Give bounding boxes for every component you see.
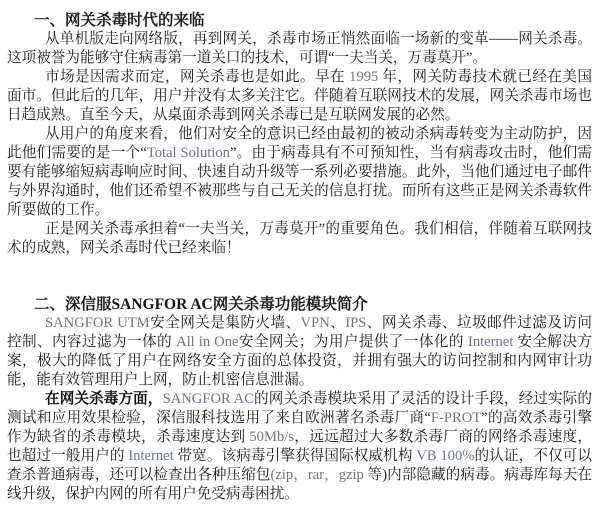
section-gateway-antivirus-era: 一、网关杀毒时代的来临 从单机版走向网络版，再到网关，杀毒市场正悄然面临一场新的…: [7, 11, 592, 258]
text-run: VB 100%: [416, 448, 474, 464]
text-run: SANGFOR UTM: [45, 315, 150, 331]
section-1-heading: 一、网关杀毒时代的来临: [34, 11, 592, 30]
paragraph: 在网关杀毒方面，SANGFOR AC的网关杀毒模块采用了灵活的设计手段，经过实际…: [7, 390, 592, 504]
text-run: Total Solution: [147, 145, 230, 161]
text-run: 1995: [349, 69, 378, 85]
text-run: All in One: [176, 334, 238, 350]
text-run: (zip，rar，gzip: [270, 467, 367, 483]
text-run: 在网关杀毒方面，: [45, 391, 163, 407]
paragraph: 市场是因需求而定，网关杀毒也是如此。早在 1995 年，网关防毒技术就已经在美国…: [7, 68, 592, 125]
text-run: 二、深信服: [34, 296, 112, 313]
text-run: Internet: [128, 448, 173, 464]
text-run: 一、网关杀毒时代的来临: [34, 12, 205, 29]
paragraph: 从用户的角度来看，他们对安全的意识已经由最初的被动杀病毒转变为主动防护，因此他们…: [7, 125, 592, 220]
text-run: 安全网关是集防火墙、: [150, 315, 301, 331]
text-run: 市场是因需求而定，网关杀毒也是如此。早在: [45, 69, 349, 85]
document-page: 一、网关杀毒时代的来临 从单机版走向网络版，再到网关，杀毒市场正悄然面临一场新的…: [0, 0, 598, 514]
section-2-heading: 二、深信服SANGFOR AC网关杀毒功能模块简介: [34, 295, 592, 314]
text-run: F-PROT: [431, 410, 481, 426]
text-run: IPS: [345, 315, 366, 331]
text-run: SANGFOR AC: [112, 296, 213, 313]
text-run: Internet: [468, 334, 513, 350]
paragraph: SANGFOR UTM安全网关是集防火墙、VPN、IPS、网关杀毒、垃圾邮件过滤…: [7, 314, 592, 390]
text-run: 安全网关；为用户提供了一体化的: [238, 334, 467, 350]
section-sangfor-ac-intro: 二、深信服SANGFOR AC网关杀毒功能模块简介 SANGFOR UTM安全网…: [7, 295, 592, 504]
text-run: 网关杀毒功能模块简介: [213, 296, 368, 313]
text-run: 50Mb/s: [249, 429, 294, 445]
paragraph: 从单机版走向网络版，再到网关，杀毒市场正悄然面临一场新的变革——网关杀毒。这项被…: [7, 30, 592, 68]
text-run: 、: [330, 315, 346, 331]
text-run: 从单机版走向网络版，再到网关，杀毒市场正悄然面临一场新的变革——网关杀毒。这项被…: [7, 31, 592, 66]
paragraph: 正是网关杀毒承担着“一夫当关，万毒莫开”的重要角色。我们相信，伴随着互联网技术的…: [7, 220, 592, 258]
text-run: SANGFOR AC: [163, 391, 254, 407]
text-run: 正是网关杀毒承担着“一夫当关，万毒莫开”的重要角色。我们相信，伴随着互联网技术的…: [7, 221, 592, 256]
text-run: VPN: [301, 315, 330, 331]
text-run: 带宽。该病毒引擎获得国际权威机构: [174, 448, 417, 464]
